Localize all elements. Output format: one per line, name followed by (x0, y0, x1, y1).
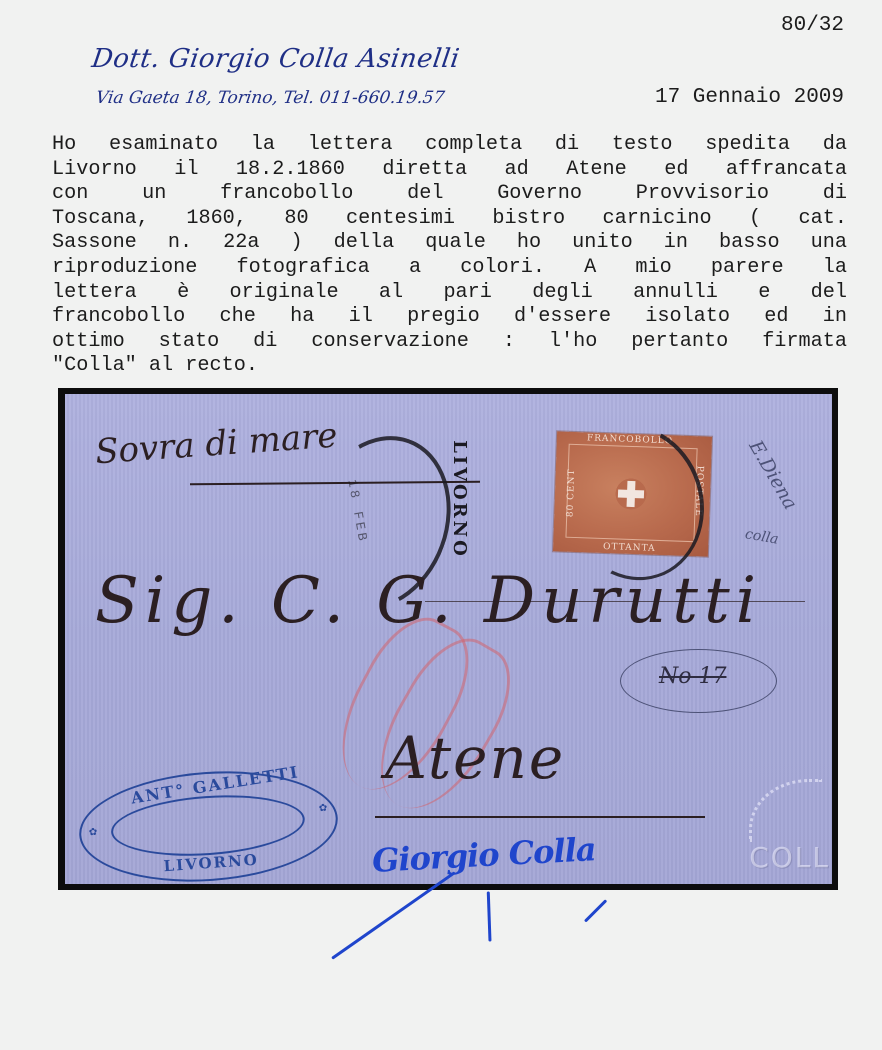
routing-note: Sovra di mare (94, 416, 339, 473)
pencil-oval-note: No 17 (620, 649, 777, 713)
pencil-note-expert: E.Diena (744, 437, 801, 514)
sender-cachet: ANT° GALLETTI LIVORNO ✿ ✿ (76, 763, 342, 884)
body-line: lettera è originale al pari degli annull… (52, 281, 847, 306)
body-line: riproduzione fotografica a colori. A mio… (52, 256, 847, 281)
certificate-body: Ho esaminato la lettera completa di test… (52, 133, 847, 379)
body-line: Toscana, 1860, 80 centesimi bistro carni… (52, 207, 847, 232)
letter-photo-frame: Sovra di mare LIVORNO 18 FEB FRANCOBOLLO… (58, 388, 838, 890)
destination-underline (375, 816, 705, 818)
pencil-note-number: No 17 (659, 664, 726, 689)
letterhead-name: Dott. Giorgio Colla Asinelli (90, 44, 462, 74)
letterhead-address: Via Gaeta 18, Torino, Tel. 011-660.19.57 (95, 88, 446, 108)
rosette-icon: ✿ (319, 800, 328, 816)
pencil-note-colla: colla (744, 526, 780, 548)
body-line: francobollo che ha il pregio d'essere is… (52, 305, 847, 330)
body-line: Sassone n. 22a ) della quale ho unito in… (52, 231, 847, 256)
certificate-date: 17 Gennaio 2009 (655, 86, 844, 109)
signature-stroke (584, 899, 607, 922)
destination: Atene (385, 724, 565, 792)
rosette-icon: ✿ (89, 824, 98, 840)
address-line (425, 601, 805, 602)
body-line: ottimo stato di conservazione : l'ho per… (52, 330, 847, 355)
emboss-mark: COLL (749, 841, 830, 874)
body-line: Ho esaminato la lettera completa di test… (52, 133, 847, 158)
signature-stroke (487, 891, 492, 941)
body-line: Livorno il 18.2.1860 diretta ad Atene ed… (52, 158, 847, 183)
body-line: con un francobollo del Governo Provvisor… (52, 182, 847, 207)
emboss-dots (749, 779, 822, 842)
reference-number: 80/32 (781, 14, 844, 37)
letter-photo: Sovra di mare LIVORNO 18 FEB FRANCOBOLLO… (65, 394, 832, 884)
body-line: "Colla" al recto. (52, 354, 847, 379)
postmark-text: LIVORNO (449, 440, 470, 559)
